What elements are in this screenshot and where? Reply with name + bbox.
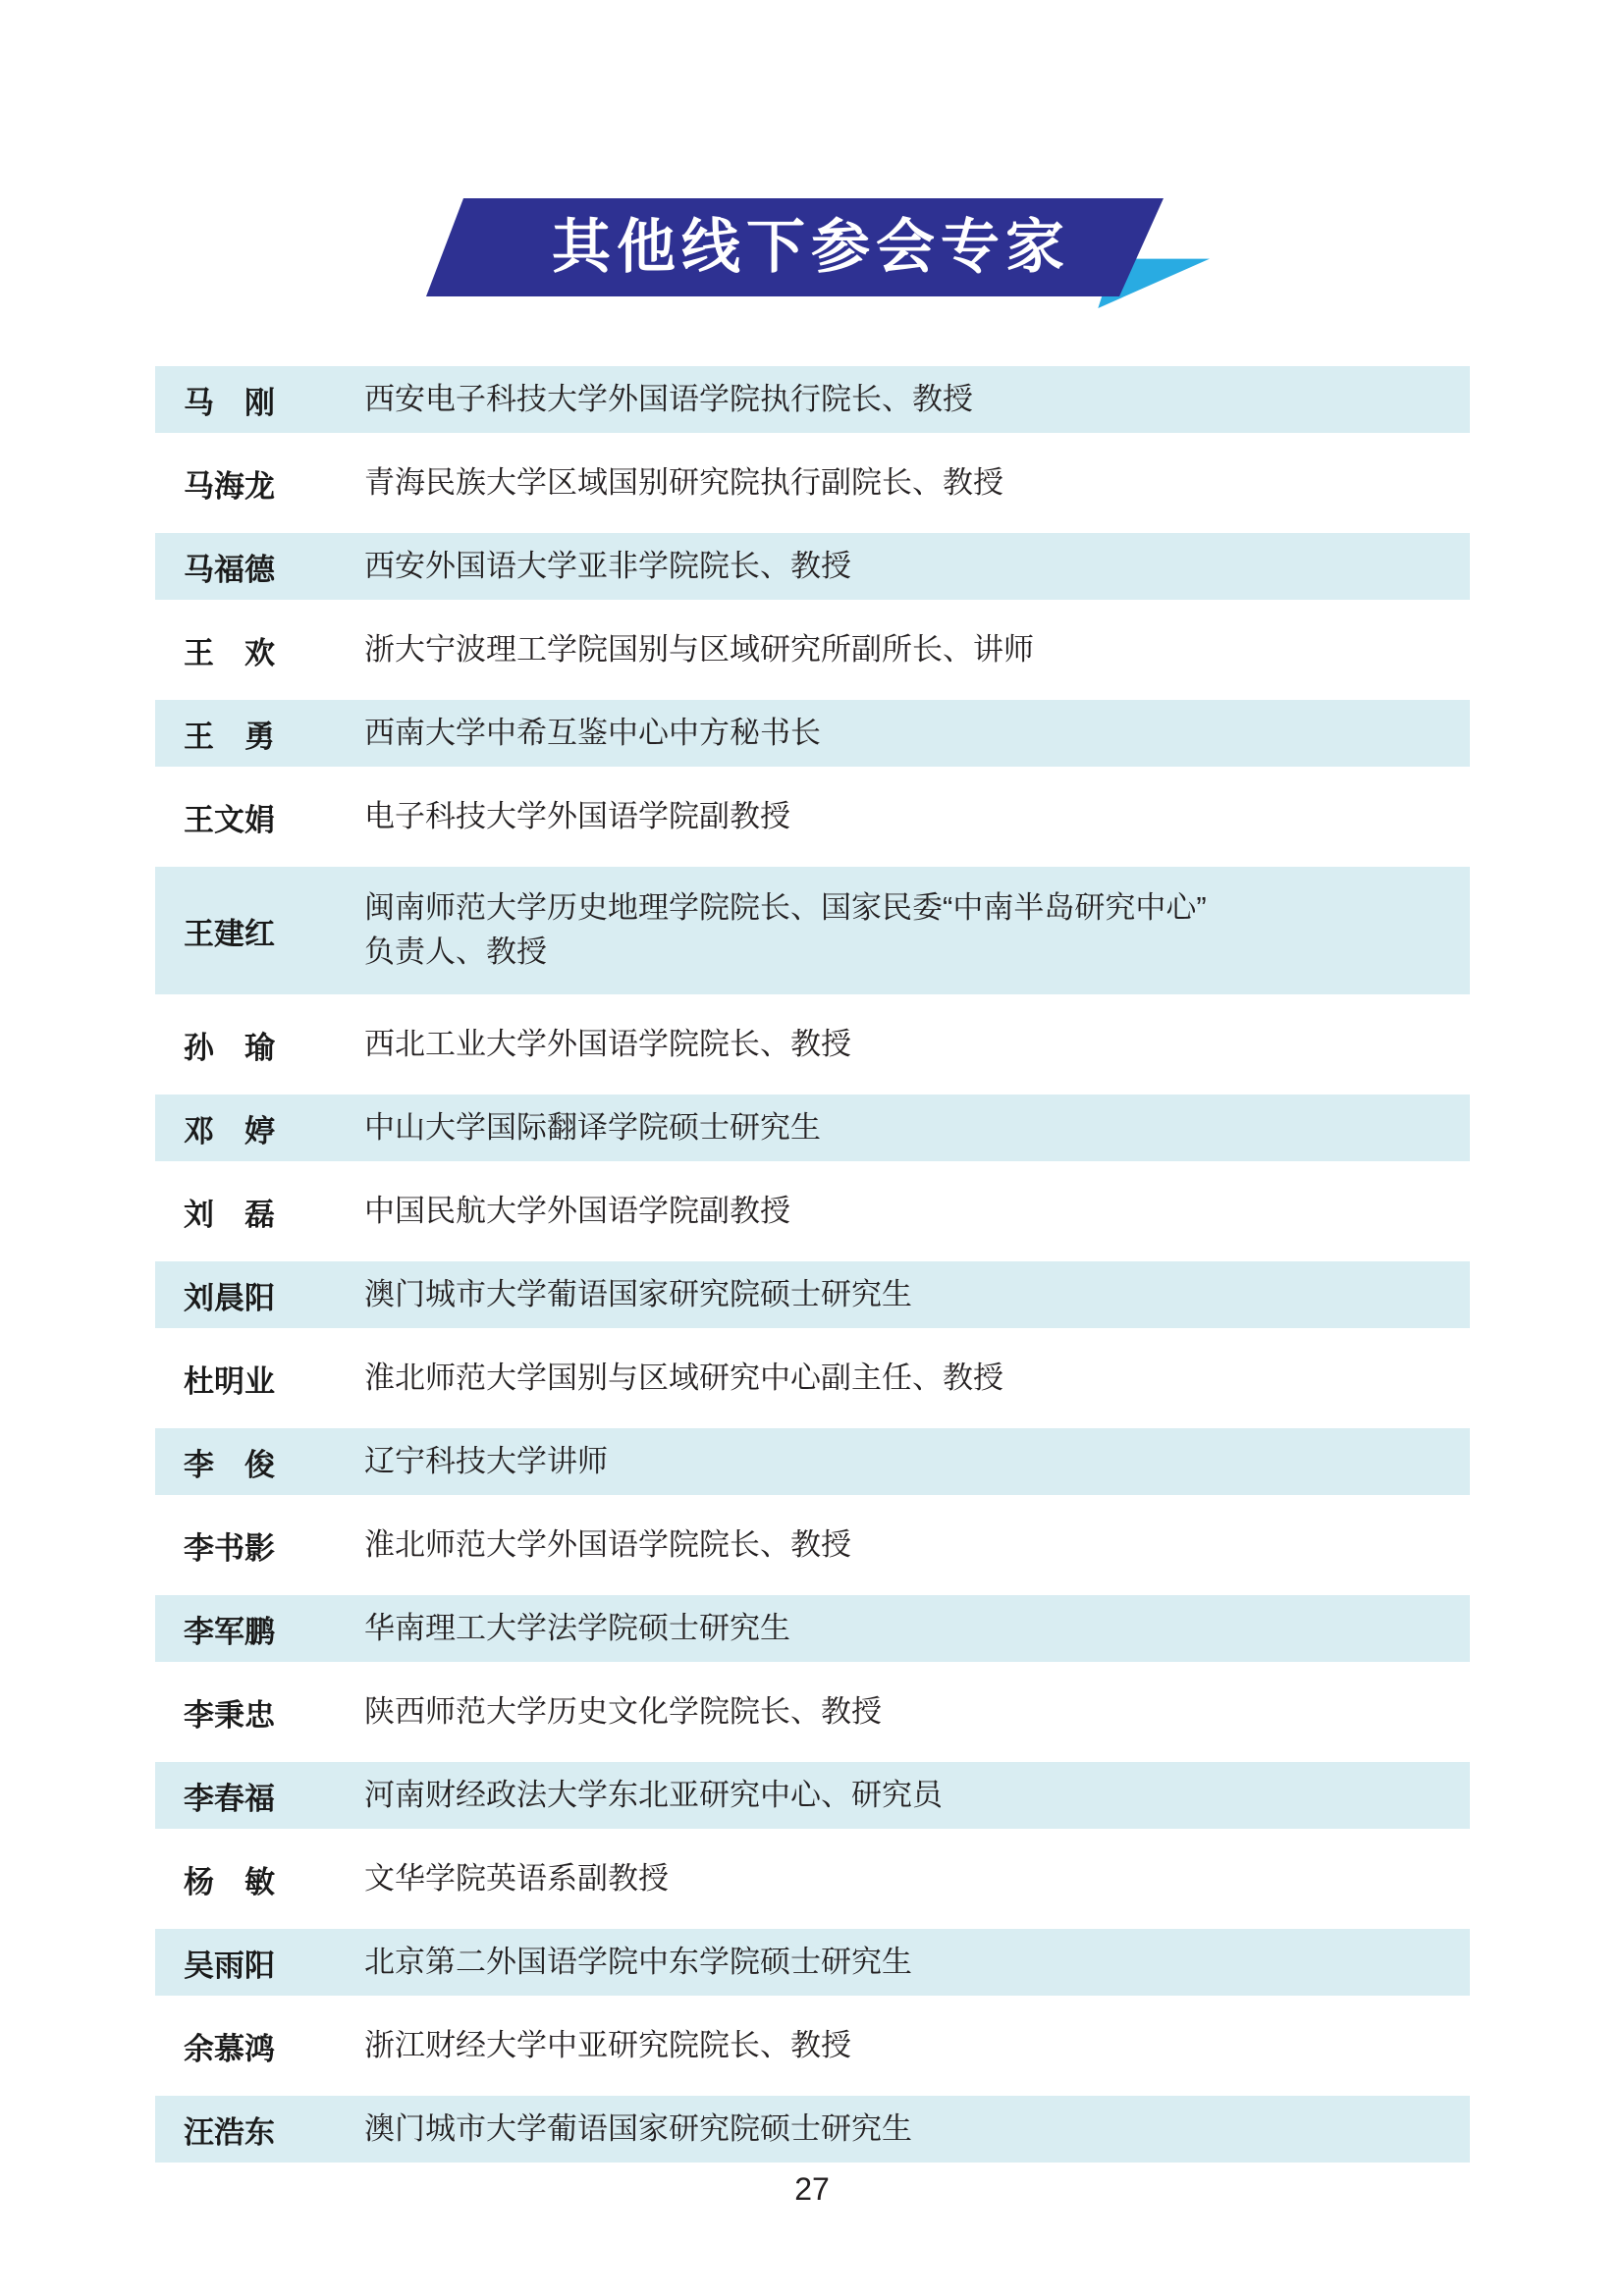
expert-title: 西安外国语大学亚非学院院长、教授: [364, 545, 1450, 589]
expert-title: 中山大学国际翻译学院硕士研究生: [364, 1106, 1450, 1150]
expert-row: 李军鹏 华南理工大学法学院硕士研究生: [155, 1595, 1470, 1662]
expert-title: 河南财经政法大学东北亚研究中心、研究员: [364, 1774, 1450, 1818]
expert-title: 西安电子科技大学外国语学院执行院长、教授: [364, 378, 1450, 422]
expert-row: 马 刚 西安电子科技大学外国语学院执行院长、教授: [155, 366, 1470, 433]
expert-title: 青海民族大学区域国别研究院执行副院长、教授: [364, 461, 1450, 506]
expert-row: 杨 敏 文华学院英语系副教授: [155, 1845, 1470, 1912]
expert-name: 汪浩东: [184, 2108, 364, 2152]
expert-name: 王文娟: [184, 795, 364, 839]
expert-row: 王文娟 电子科技大学外国语学院副教授: [155, 783, 1470, 850]
expert-title: 辽宁科技大学讲师: [364, 1440, 1450, 1484]
expert-row: 汪浩东 澳门城市大学葡语国家研究院硕士研究生: [155, 2096, 1470, 2163]
expert-title: 澳门城市大学葡语国家研究院硕士研究生: [364, 1273, 1450, 1317]
expert-name: 杜明业: [184, 1357, 364, 1401]
expert-row: 李秉忠 陕西师范大学历史文化学院院长、教授: [155, 1679, 1470, 1745]
expert-title: 闽南师范大学历史地理学院院长、国家民委“中南半岛研究中心” 负责人、教授: [364, 886, 1450, 975]
expert-name: 孙 瑜: [184, 1023, 364, 1067]
expert-name: 李 俊: [184, 1440, 364, 1484]
expert-name: 杨 敏: [184, 1857, 364, 1901]
expert-row: 王 勇 西南大学中希互鉴中心中方秘书长: [155, 700, 1470, 767]
expert-title: 浙大宁波理工学院国别与区域研究所副所长、讲师: [364, 628, 1450, 672]
expert-title: 中国民航大学外国语学院副教授: [364, 1190, 1450, 1234]
expert-name: 李秉忠: [184, 1690, 364, 1735]
expert-row: 李春福 河南财经政法大学东北亚研究中心、研究员: [155, 1762, 1470, 1829]
expert-title: 浙江财经大学中亚研究院院长、教授: [364, 2024, 1450, 2068]
expert-row: 王建红 闽南师范大学历史地理学院院长、国家民委“中南半岛研究中心” 负责人、教授: [155, 867, 1470, 994]
expert-title: 澳门城市大学葡语国家研究院硕士研究生: [364, 2108, 1450, 2152]
expert-name: 李春福: [184, 1774, 364, 1818]
expert-name: 马 刚: [184, 378, 364, 422]
section-title: 其他线下参会专家: [552, 198, 1070, 296]
experts-list: 马 刚 西安电子科技大学外国语学院执行院长、教授 马海龙 青海民族大学区域国别研…: [155, 366, 1470, 2179]
expert-name: 马福德: [184, 545, 364, 589]
expert-row: 李书影 淮北师范大学外国语学院院长、教授: [155, 1512, 1470, 1578]
expert-name: 刘 磊: [184, 1190, 364, 1234]
expert-row: 孙 瑜 西北工业大学外国语学院院长、教授: [155, 1011, 1470, 1078]
expert-title: 西南大学中希互鉴中心中方秘书长: [364, 712, 1450, 756]
page-number: 27: [0, 2171, 1624, 2208]
expert-title: 文华学院英语系副教授: [364, 1857, 1450, 1901]
expert-row: 吴雨阳 北京第二外国语学院中东学院硕士研究生: [155, 1929, 1470, 1996]
expert-row: 马福德 西安外国语大学亚非学院院长、教授: [155, 533, 1470, 600]
expert-row: 邓 婷 中山大学国际翻译学院硕士研究生: [155, 1095, 1470, 1161]
expert-row: 杜明业 淮北师范大学国别与区域研究中心副主任、教授: [155, 1345, 1470, 1412]
expert-title: 电子科技大学外国语学院副教授: [364, 795, 1450, 839]
expert-title: 华南理工大学法学院硕士研究生: [364, 1607, 1450, 1651]
expert-title: 西北工业大学外国语学院院长、教授: [364, 1023, 1450, 1067]
expert-title: 淮北师范大学外国语学院院长、教授: [364, 1523, 1450, 1568]
banner-parallelogram: 其他线下参会专家: [412, 198, 1210, 296]
expert-name: 余慕鸿: [184, 2024, 364, 2068]
expert-name: 刘晨阳: [184, 1273, 364, 1317]
expert-title: 陕西师范大学历史文化学院院长、教授: [364, 1690, 1450, 1735]
expert-name: 王 欢: [184, 628, 364, 672]
expert-row: 李 俊 辽宁科技大学讲师: [155, 1428, 1470, 1495]
expert-name: 王 勇: [184, 712, 364, 756]
expert-row: 王 欢 浙大宁波理工学院国别与区域研究所副所长、讲师: [155, 616, 1470, 683]
expert-title: 淮北师范大学国别与区域研究中心副主任、教授: [364, 1357, 1450, 1401]
expert-name: 李军鹏: [184, 1607, 364, 1651]
expert-row: 马海龙 青海民族大学区域国别研究院执行副院长、教授: [155, 450, 1470, 516]
expert-name: 王建红: [184, 909, 364, 953]
expert-name: 李书影: [184, 1523, 364, 1568]
expert-name: 吴雨阳: [184, 1941, 364, 1985]
expert-row: 刘 磊 中国民航大学外国语学院副教授: [155, 1178, 1470, 1245]
expert-title: 北京第二外国语学院中东学院硕士研究生: [364, 1941, 1450, 1985]
expert-row: 余慕鸿 浙江财经大学中亚研究院院长、教授: [155, 2012, 1470, 2079]
expert-name: 邓 婷: [184, 1106, 364, 1150]
expert-row: 刘晨阳 澳门城市大学葡语国家研究院硕士研究生: [155, 1261, 1470, 1328]
expert-name: 马海龙: [184, 461, 364, 506]
section-banner: 其他线下参会专家: [412, 198, 1210, 308]
